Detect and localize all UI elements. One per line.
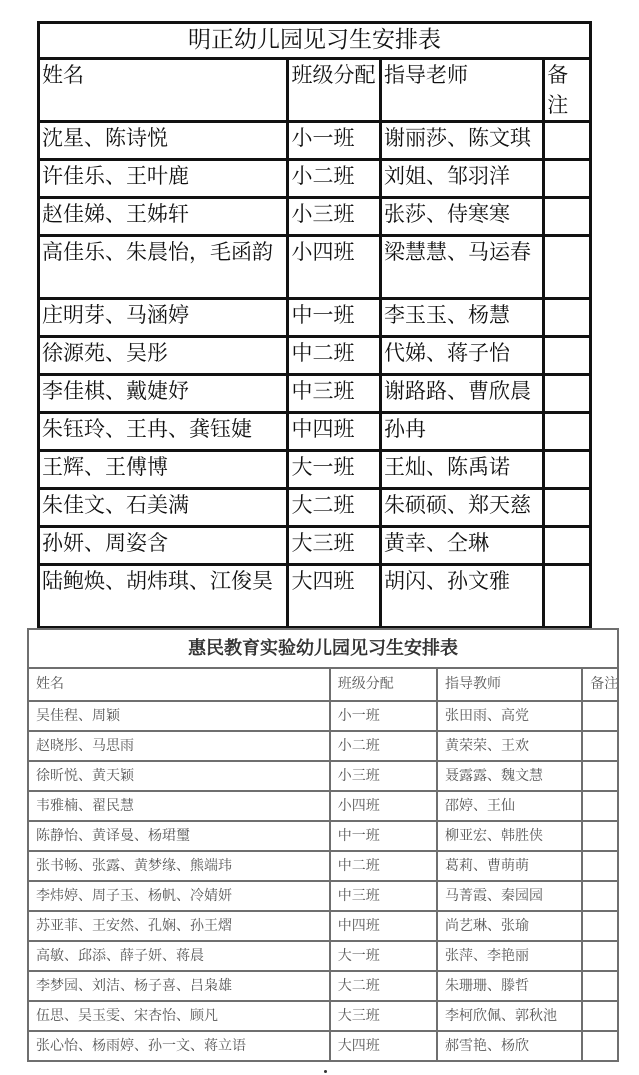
table-row: 赵佳娣、王姊轩 小三班 张莎、侍寒寒 [39, 198, 591, 236]
table-row: 吴佳程、周颖 小一班 张田雨、高党 [28, 701, 618, 731]
cell-teacher: 王灿、陈禹诺 [381, 451, 544, 489]
cell-teacher: 郝雪艳、杨欣 [437, 1031, 582, 1061]
cell-teacher: 刘姐、邹羽洋 [381, 160, 544, 198]
cell-note [582, 911, 618, 941]
mingzheng-kindergarten-table: 明正幼儿园见习生安排表 姓名 班级分配 指导老师 备注 沈星、陈诗悦 小一班 谢… [37, 21, 592, 629]
table-row: 李佳棋、戴婕妤 中三班 谢路路、曹欣晨 [39, 375, 591, 413]
cell-note [582, 971, 618, 1001]
cell-note [544, 489, 591, 527]
cell-class: 小二班 [288, 160, 381, 198]
table-row: 庄明芽、马涵婷 中一班 李玉玉、杨慧 [39, 299, 591, 337]
cell-teacher: 张田雨、高党 [437, 701, 582, 731]
cell-teacher: 聂露露、魏文慧 [437, 761, 582, 791]
table-row: 朱佳文、石美满 大二班 朱硕硕、郑天慈 [39, 489, 591, 527]
table-row: 李梦园、刘洁、杨子喜、吕枭雄 大二班 朱珊珊、滕哲 [28, 971, 618, 1001]
cell-note [544, 122, 591, 160]
cell-teacher: 胡闪、孙文雅 [381, 565, 544, 628]
cell-name: 李炜婷、周子玉、杨帆、冷婧妍 [28, 881, 330, 911]
table-title: 明正幼儿园见习生安排表 [39, 23, 591, 59]
cell-note [582, 791, 618, 821]
cell-teacher: 黄荣荣、王欢 [437, 731, 582, 761]
cell-teacher: 黄幸、仝琳 [381, 527, 544, 565]
cell-class: 中四班 [288, 413, 381, 451]
table-row: 陈静怡、黄译曼、杨珺璽 中一班 柳亚宏、韩胜侠 [28, 821, 618, 851]
cell-note [544, 299, 591, 337]
cell-teacher: 马菁霞、秦园园 [437, 881, 582, 911]
cell-name: 徐源苑、吴彤 [39, 337, 288, 375]
cell-teacher: 李玉玉、杨慧 [381, 299, 544, 337]
table-row: 徐源苑、吴彤 中二班 代娣、蒋子怡 [39, 337, 591, 375]
cell-class: 大三班 [330, 1001, 437, 1031]
cell-name: 朱佳文、石美满 [39, 489, 288, 527]
cell-name: 徐昕悦、黄天颖 [28, 761, 330, 791]
cell-name: 赵佳娣、王姊轩 [39, 198, 288, 236]
cell-name: 沈星、陈诗悦 [39, 122, 288, 160]
cell-note [544, 527, 591, 565]
table-title-row: 惠民教育实验幼儿园见习生安排表 [28, 629, 618, 668]
cell-note [582, 1031, 618, 1061]
cell-teacher: 朱硕硕、郑天慈 [381, 489, 544, 527]
huimin-kindergarten-table: 惠民教育实验幼儿园见习生安排表 姓名 班级分配 指导教师 备注 吴佳程、周颖 小… [27, 628, 619, 1062]
cell-class: 中三班 [288, 375, 381, 413]
cell-name: 张心怡、杨雨婷、孙一文、蒋立语 [28, 1031, 330, 1061]
cell-teacher: 柳亚宏、韩胜侠 [437, 821, 582, 851]
cell-name: 高佳乐、朱晨怡，毛函韵 [39, 236, 288, 299]
cell-note [544, 337, 591, 375]
cell-note [544, 451, 591, 489]
cell-note [582, 1001, 618, 1031]
cell-note [582, 881, 618, 911]
cell-class: 小一班 [288, 122, 381, 160]
table-title: 惠民教育实验幼儿园见习生安排表 [28, 629, 618, 668]
header-note: 备注 [582, 668, 618, 701]
cell-note [582, 851, 618, 881]
cell-class: 中四班 [330, 911, 437, 941]
cell-name: 朱钰玲、王冉、龚钰婕 [39, 413, 288, 451]
cell-teacher: 尚艺琳、张瑜 [437, 911, 582, 941]
table-row: 张书畅、张露、黄梦缘、熊端玮 中二班 葛莉、曹萌萌 [28, 851, 618, 881]
cell-class: 大一班 [288, 451, 381, 489]
cell-name: 伍思、吴玉雯、宋杏怡、顾凡 [28, 1001, 330, 1031]
table-row: 沈星、陈诗悦 小一班 谢丽莎、陈文琪 [39, 122, 591, 160]
table-row: 孙妍、周姿含 大三班 黄幸、仝琳 [39, 527, 591, 565]
cell-note [582, 821, 618, 851]
table-title-row: 明正幼儿园见习生安排表 [39, 23, 591, 59]
cell-note [582, 761, 618, 791]
table-row: 高佳乐、朱晨怡，毛函韵 小四班 梁慧慧、马运春 [39, 236, 591, 299]
cell-name: 苏亚菲、王安然、孔娴、孙王熠 [28, 911, 330, 941]
header-note: 备注 [544, 59, 591, 122]
cell-teacher: 谢路路、曹欣晨 [381, 375, 544, 413]
cell-note [544, 565, 591, 628]
cell-note [544, 160, 591, 198]
cell-note [544, 413, 591, 451]
header-teacher: 指导老师 [381, 59, 544, 122]
cell-name: 孙妍、周姿含 [39, 527, 288, 565]
cell-teacher: 葛莉、曹萌萌 [437, 851, 582, 881]
cell-class: 小三班 [288, 198, 381, 236]
header-class: 班级分配 [330, 668, 437, 701]
cell-class: 中一班 [330, 821, 437, 851]
cell-class: 中二班 [288, 337, 381, 375]
cell-teacher: 谢丽莎、陈文琪 [381, 122, 544, 160]
cell-class: 小四班 [288, 236, 381, 299]
cell-note [582, 941, 618, 971]
cell-teacher: 孙冉 [381, 413, 544, 451]
cell-class: 中三班 [330, 881, 437, 911]
cell-note [544, 375, 591, 413]
table-row: 李炜婷、周子玉、杨帆、冷婧妍 中三班 马菁霞、秦园园 [28, 881, 618, 911]
cell-class: 大四班 [288, 565, 381, 628]
header-row: 姓名 班级分配 指导教师 备注 [28, 668, 618, 701]
cell-name: 李梦园、刘洁、杨子喜、吕枭雄 [28, 971, 330, 1001]
table-row: 许佳乐、王叶鹿 小二班 刘姐、邹羽洋 [39, 160, 591, 198]
table-row: 苏亚菲、王安然、孔娴、孙王熠 中四班 尚艺琳、张瑜 [28, 911, 618, 941]
cell-name: 韦雅楠、翟民慧 [28, 791, 330, 821]
cell-teacher: 张莎、侍寒寒 [381, 198, 544, 236]
cell-class: 大二班 [330, 971, 437, 1001]
cell-class: 小三班 [330, 761, 437, 791]
table-row: 张心怡、杨雨婷、孙一文、蒋立语 大四班 郝雪艳、杨欣 [28, 1031, 618, 1061]
stray-dot [324, 1070, 327, 1073]
cell-note [544, 236, 591, 299]
cell-teacher: 李柯欣佩、郭秋池 [437, 1001, 582, 1031]
cell-name: 吴佳程、周颖 [28, 701, 330, 731]
cell-name: 张书畅、张露、黄梦缘、熊端玮 [28, 851, 330, 881]
header-teacher: 指导教师 [437, 668, 582, 701]
cell-class: 大一班 [330, 941, 437, 971]
cell-teacher: 代娣、蒋子怡 [381, 337, 544, 375]
table-row: 徐昕悦、黄天颖 小三班 聂露露、魏文慧 [28, 761, 618, 791]
cell-class: 小四班 [330, 791, 437, 821]
table-row: 赵晓彤、马思雨 小二班 黄荣荣、王欢 [28, 731, 618, 761]
cell-class: 大三班 [288, 527, 381, 565]
cell-name: 高敏、邱添、薛子妍、蒋晨 [28, 941, 330, 971]
cell-teacher: 梁慧慧、马运春 [381, 236, 544, 299]
table-row: 朱钰玲、王冉、龚钰婕 中四班 孙冉 [39, 413, 591, 451]
cell-name: 赵晓彤、马思雨 [28, 731, 330, 761]
table-row: 高敏、邱添、薛子妍、蒋晨 大一班 张萍、李艳丽 [28, 941, 618, 971]
cell-class: 小一班 [330, 701, 437, 731]
cell-teacher: 朱珊珊、滕哲 [437, 971, 582, 1001]
cell-name: 李佳棋、戴婕妤 [39, 375, 288, 413]
table-row: 陆鲍焕、胡炜琪、江俊昊 大四班 胡闪、孙文雅 [39, 565, 591, 628]
cell-name: 陈静怡、黄译曼、杨珺璽 [28, 821, 330, 851]
cell-note [582, 731, 618, 761]
cell-teacher: 张萍、李艳丽 [437, 941, 582, 971]
header-name: 姓名 [28, 668, 330, 701]
table-row: 韦雅楠、翟民慧 小四班 邵婷、王仙 [28, 791, 618, 821]
cell-class: 中一班 [288, 299, 381, 337]
header-class: 班级分配 [288, 59, 381, 122]
cell-name: 许佳乐、王叶鹿 [39, 160, 288, 198]
cell-class: 中二班 [330, 851, 437, 881]
cell-class: 大二班 [288, 489, 381, 527]
table-row: 伍思、吴玉雯、宋杏怡、顾凡 大三班 李柯欣佩、郭秋池 [28, 1001, 618, 1031]
cell-teacher: 邵婷、王仙 [437, 791, 582, 821]
cell-name: 王辉、王傅博 [39, 451, 288, 489]
cell-class: 大四班 [330, 1031, 437, 1061]
table-row: 王辉、王傅博 大一班 王灿、陈禹诺 [39, 451, 591, 489]
cell-note [544, 198, 591, 236]
header-name: 姓名 [39, 59, 288, 122]
header-row: 姓名 班级分配 指导老师 备注 [39, 59, 591, 122]
cell-class: 小二班 [330, 731, 437, 761]
cell-name: 陆鲍焕、胡炜琪、江俊昊 [39, 565, 288, 628]
cell-note [582, 701, 618, 731]
cell-name: 庄明芽、马涵婷 [39, 299, 288, 337]
